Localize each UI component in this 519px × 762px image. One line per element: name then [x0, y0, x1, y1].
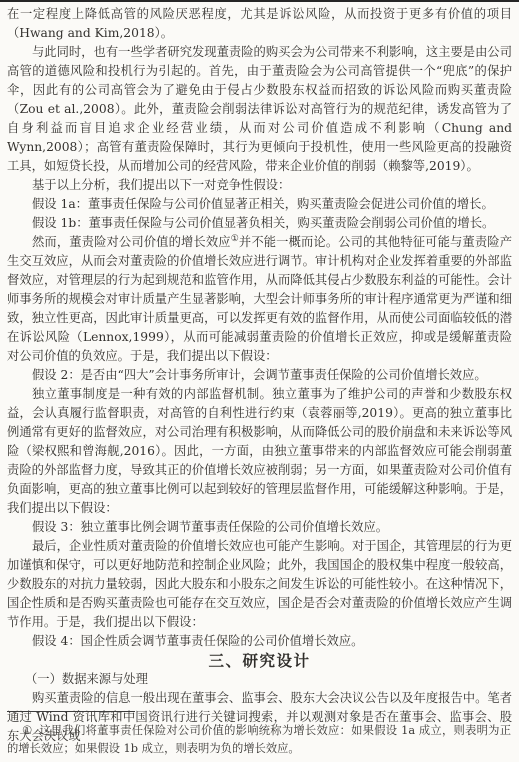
paragraph-audit-moderation: 然而，董责险对公司价值的增长效应①并不能一概而论。公司的其他特征可能与董责险产生…: [7, 233, 512, 366]
footnote-separator-rule: [7, 711, 135, 712]
paragraph-adverse-effects: 与此同时，也有一些学者研究发现董责险的购买会为公司带来不利影响，这主要是由公司高…: [7, 43, 512, 176]
footnote-1: ①这里我们将董事责任保险对公司价值的影响统称为增长效应：如果假设 1a 成立，则…: [0, 722, 519, 758]
hypothesis-4: 假设 4：国企性质会调节董事责任保险的公司价值增长效应。: [7, 632, 512, 651]
paragraph-carryover: 在一定程度上降低高管的风险厌恶程度，尤其是诉讼风险，从而投资于更多有价值的项目（…: [7, 5, 512, 43]
paragraph-soe-moderation: 最后，企业性质对董责险的价值增长效应也可能产生影响。对于国企，其管理层的行为更加…: [7, 537, 512, 632]
subsection-heading: （一）数据来源与处理: [7, 670, 512, 689]
paragraph-independent-director: 独立董事制度是一种有效的内部监督机制。独立董事为了维护公司的声誉和少数股东权益，…: [7, 385, 512, 518]
audit-paragraph-pre: 然而，董责险对公司价值的增长效应: [32, 235, 231, 249]
audit-paragraph-post: 并不能一概而论。公司的其他特征可能与董责险产生交互效应，从而会对董责险的价值增长…: [7, 235, 512, 363]
page-body: 在一定程度上降低高管的风险厌恶程度，尤其是诉讼风险，从而投资于更多有价值的项目（…: [0, 5, 519, 746]
hypothesis-1a: 假设 1a：董事责任保险与公司价值显著正相关，购买董责险会促进公司价值的增长。: [7, 195, 512, 214]
section-heading: 三、研究设计: [7, 651, 512, 670]
hypothesis-2: 假设 2：是否由“四大”会计事务所审计，会调节董事责任保险的公司价值增长效应。: [7, 366, 512, 385]
footnote-1-text: 这里我们将董事责任保险对公司价值的影响统称为增长效应：如果假设 1a 成立，则表…: [7, 724, 511, 755]
paragraph-hypothesis-intro: 基于以上分析，我们提出以下一对竞争性假设：: [7, 176, 512, 195]
footnote-1-marker: ①: [22, 724, 39, 737]
footnote-marker-inline: ①: [231, 234, 239, 244]
footnote-area: ①这里我们将董事责任保险对公司价值的影响统称为增长效应：如果假设 1a 成立，则…: [0, 711, 519, 758]
hypothesis-3: 假设 3：独立董事比例会调节董事责任保险的公司价值增长效应。: [7, 518, 512, 537]
page-top-rule: [0, 0, 519, 2]
hypothesis-1b: 假设 1b：董事责任保险与公司价值显著负相关，购买董责险会削弱公司价值的增长。: [7, 214, 512, 233]
paper-page: 在一定程度上降低高管的风险厌恶程度，尤其是诉讼风险，从而投资于更多有价值的项目（…: [0, 0, 519, 762]
